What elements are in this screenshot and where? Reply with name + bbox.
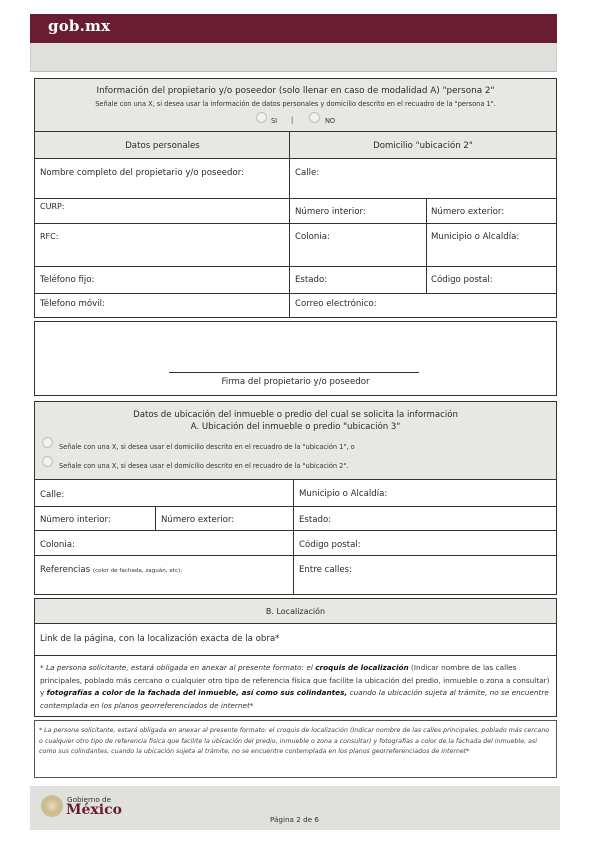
gov-logo-line2: México bbox=[66, 802, 122, 818]
loc-field-references[interactable]: Referencias (color de fachada, zaguán, e… bbox=[40, 565, 182, 575]
field-exterior-number[interactable]: Número exterior: bbox=[431, 207, 504, 217]
localization-title: B. Localización bbox=[35, 607, 556, 616]
col-header-personal: Datos personales bbox=[35, 141, 290, 151]
radio-si[interactable] bbox=[256, 112, 267, 123]
divider bbox=[35, 266, 556, 267]
divider bbox=[35, 530, 556, 531]
references-label: Referencias bbox=[40, 565, 90, 575]
field-rfc[interactable]: RFC: bbox=[40, 232, 58, 241]
divider bbox=[35, 198, 556, 199]
owner-section-title: Información del propietario y/o poseedor… bbox=[35, 86, 556, 96]
radio-si-label: SI bbox=[271, 117, 277, 125]
divider bbox=[35, 223, 556, 224]
loc-field-interior-number[interactable]: Número interior: bbox=[40, 515, 111, 525]
location-section: Datos de ubicación del inmueble o predio… bbox=[34, 401, 557, 595]
field-mobile[interactable]: Télefono móvil: bbox=[40, 299, 105, 309]
radio-no-label: NO bbox=[325, 117, 335, 125]
signature-label: Firma del propietario y/o poseedor bbox=[35, 377, 556, 387]
divider bbox=[35, 655, 556, 656]
field-state[interactable]: Estado: bbox=[295, 275, 327, 285]
loc-field-postal-code[interactable]: Código postal: bbox=[299, 540, 361, 550]
field-interior-number[interactable]: Número interior: bbox=[295, 207, 366, 217]
location-section-subtitle: A. Ubicación del inmueble o predio "ubic… bbox=[35, 422, 556, 432]
field-full-name[interactable]: Nombre completo del propietario y/o pose… bbox=[40, 168, 244, 178]
footnote-text: * La persona solicitante, estará obligad… bbox=[39, 726, 552, 758]
divider bbox=[35, 506, 556, 507]
field-curp[interactable]: CURP: bbox=[40, 202, 65, 211]
owner-section-instruction: Señale con una X, si desea usar la infor… bbox=[35, 100, 556, 108]
field-street[interactable]: Calle: bbox=[295, 168, 319, 178]
radio-no[interactable] bbox=[309, 112, 320, 123]
references-hint: (color de fachada, zaguán, etc): bbox=[93, 568, 182, 574]
owner-section: Información del propietario y/o poseedor… bbox=[34, 78, 557, 318]
signature-line[interactable] bbox=[169, 372, 419, 373]
divider bbox=[35, 623, 556, 624]
loc-field-neighborhood[interactable]: Colonia: bbox=[40, 540, 75, 550]
divider bbox=[155, 506, 156, 530]
radio-use-location-2[interactable] bbox=[42, 456, 53, 467]
divider bbox=[35, 555, 556, 556]
divider bbox=[293, 479, 294, 594]
localization-section: B. Localización Link de la página, con l… bbox=[34, 598, 557, 717]
radio-separator: | bbox=[291, 116, 293, 124]
loc-field-state[interactable]: Estado: bbox=[299, 515, 331, 525]
field-email[interactable]: Correo electrónico: bbox=[295, 299, 377, 309]
col-header-address: Domicilio "ubicación 2" bbox=[290, 141, 556, 151]
field-postal-code[interactable]: Código postal: bbox=[431, 275, 493, 285]
field-neighborhood[interactable]: Colonia: bbox=[295, 232, 330, 242]
page-number: Página 2 de 6 bbox=[270, 815, 319, 824]
divider bbox=[35, 293, 556, 294]
gobmx-logo[interactable]: gob.mx bbox=[48, 17, 110, 35]
footnote-box: * La persona solicitante, estará obligad… bbox=[34, 720, 557, 778]
field-location-link[interactable]: Link de la página, con la localización e… bbox=[40, 634, 279, 644]
loc-field-street[interactable]: Calle: bbox=[40, 490, 64, 500]
national-seal-icon bbox=[41, 795, 63, 817]
loc-field-municipality[interactable]: Municipio o Alcaldía: bbox=[299, 489, 387, 499]
loc-field-exterior-number[interactable]: Número exterior: bbox=[161, 515, 234, 525]
divider bbox=[289, 132, 290, 318]
localization-note: * La persona solicitante, estará obligad… bbox=[40, 662, 553, 712]
divider bbox=[35, 479, 556, 480]
signature-box: Firma del propietario y/o poseedor bbox=[34, 321, 557, 396]
location-section-title: Datos de ubicación del inmueble o predio… bbox=[35, 410, 556, 420]
option-location-2-label: Señale con una X, si desea usar el domic… bbox=[59, 462, 349, 470]
field-municipality[interactable]: Municipio o Alcaldía: bbox=[431, 232, 519, 242]
header-subbar bbox=[30, 43, 557, 72]
option-location-1-label: Señale con una X, si desea usar el domic… bbox=[59, 443, 355, 451]
divider bbox=[426, 198, 427, 294]
divider bbox=[35, 158, 556, 159]
radio-use-location-1[interactable] bbox=[42, 437, 53, 448]
loc-field-between-streets[interactable]: Entre calles: bbox=[299, 565, 352, 575]
field-landline[interactable]: Teléfono fijo: bbox=[40, 275, 94, 285]
